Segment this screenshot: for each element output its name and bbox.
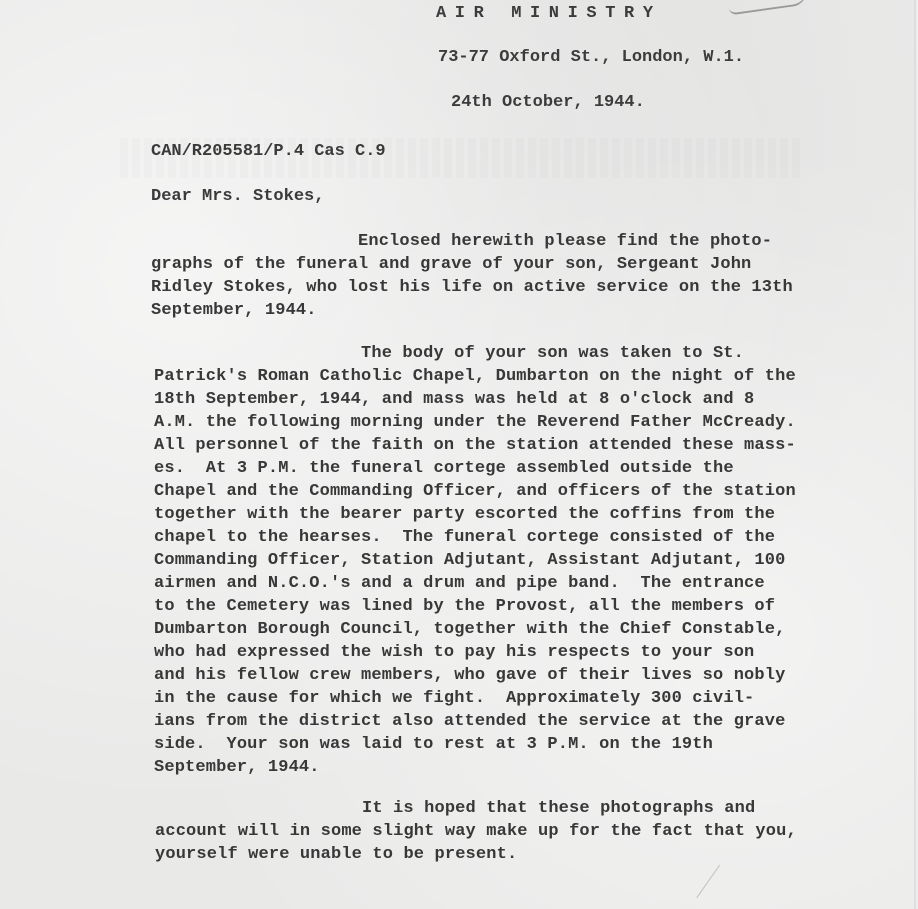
letterhead-address: 73-77 Oxford St., London, W.1.	[438, 48, 744, 67]
pen-mark-bottom	[696, 865, 744, 909]
paragraph-line: side. Your son was laid to rest at 3 P.M…	[154, 733, 884, 756]
paragraph-funeral-account: The body of your son was taken to St. Pa…	[154, 342, 884, 779]
paragraph-line: es. At 3 P.M. the funeral cortege assemb…	[154, 457, 884, 480]
paragraph-line: Patrick's Roman Catholic Chapel, Dumbart…	[154, 365, 884, 388]
paragraph-line: 18th September, 1944, and mass was held …	[154, 388, 884, 411]
paragraph-line: account will in some slight way make up …	[155, 820, 885, 843]
salutation: Dear Mrs. Stokes,	[151, 187, 324, 206]
paragraph-line: Chapel and the Commanding Officer, and o…	[154, 480, 884, 503]
letter-page: AIR MINISTRY 73-77 Oxford St., London, W…	[0, 0, 918, 909]
paragraph-photographs-enclosed: Enclosed herewith please find the photo-…	[151, 230, 881, 322]
reference-number: CAN/R205581/P.4 Cas C.9	[151, 142, 386, 161]
paragraph-line: graphs of the funeral and grave of your …	[151, 253, 881, 276]
paragraph-line: A.M. the following morning under the Rev…	[154, 411, 884, 434]
paragraph-line: chapel to the hearses. The funeral corte…	[154, 526, 884, 549]
letter-date: 24th October, 1944.	[451, 93, 645, 112]
paragraph-line: airmen and N.C.O.'s and a drum and pipe …	[154, 572, 884, 595]
page-edge	[914, 0, 918, 909]
paragraph-line: yourself were unable to be present.	[155, 843, 885, 866]
paragraph-line: All personnel of the faith on the statio…	[154, 434, 884, 457]
paragraph-line: Dumbarton Borough Council, together with…	[154, 618, 884, 641]
paragraph-line: in the cause for which we fight. Approxi…	[154, 687, 884, 710]
paragraph-line: Ridley Stokes, who lost his life on acti…	[151, 276, 881, 299]
paragraph-line: ians from the district also attended the…	[154, 710, 884, 733]
paragraph-line: Enclosed herewith please find the photo-	[151, 230, 881, 253]
paragraph-line: and his fellow crew members, who gave of…	[154, 664, 884, 687]
paragraph-line: together with the bearer party escorted …	[154, 503, 884, 526]
letterhead-organization: AIR MINISTRY	[436, 4, 662, 23]
paragraph-line: September, 1944.	[154, 756, 884, 779]
pen-mark-top	[727, 0, 808, 15]
paragraph-line: Commanding Officer, Station Adjutant, As…	[154, 549, 884, 572]
paragraph-line: September, 1944.	[151, 299, 881, 322]
paragraph-line: who had expressed the wish to pay his re…	[154, 641, 884, 664]
paragraph-line: It is hoped that these photographs and	[155, 797, 885, 820]
paragraph-closing: It is hoped that these photographs and a…	[155, 797, 885, 866]
paragraph-line: The body of your son was taken to St.	[154, 342, 884, 365]
paragraph-line: to the Cemetery was lined by the Provost…	[154, 595, 884, 618]
